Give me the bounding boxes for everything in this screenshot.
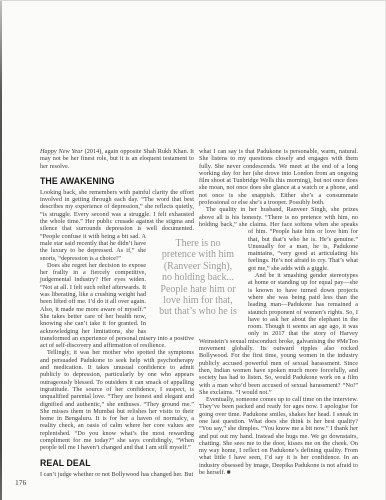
intro-paragraph: Happy New Year (2014), again opposite Sh… [40,148,194,170]
pull-quote-line: but that’s who he is [142,306,254,317]
page-spine-edge [0,1,2,500]
pull-quote-line: love him for that, [142,295,254,306]
magazine-page: Happy New Year (2014), again opposite Sh… [0,0,386,500]
film-title-italic: Happy New Year [40,148,83,155]
paragraph: what I can say is that Padukone is perso… [199,148,358,206]
section-heading-the-awakening: THE AWAKENING [40,176,189,186]
paragraph: I can’t judge whether or not Bollywood h… [40,471,194,478]
pull-quote-line: pretence with him [142,249,254,260]
paragraph-text: of him. “People hate him or love him for… [248,228,358,271]
paragraph-text: The quality in her husband, Ranveer Sing… [199,206,358,228]
paragraph-text: “People confuse it with being a bit sad.… [40,233,146,262]
pull-quote-line: no holding back... [142,272,254,283]
page-number: 176 [15,479,26,487]
paragraph-text: Looking back, she remembers with painful… [40,189,194,232]
paragraph: Eventually, someone comes up to call tim… [199,396,358,476]
pull-quote-line: There is no [142,238,254,249]
paragraph: Tellingly, it was her mother who spotted… [40,349,194,451]
pull-quote: There is no pretence with him (Ranveer S… [142,238,254,318]
pull-quote-line: (Ranveer Singh), [142,261,254,272]
pull-quote-line: People hate him or [142,284,254,295]
section-heading-real-deal: REAL DEAL [40,458,189,468]
